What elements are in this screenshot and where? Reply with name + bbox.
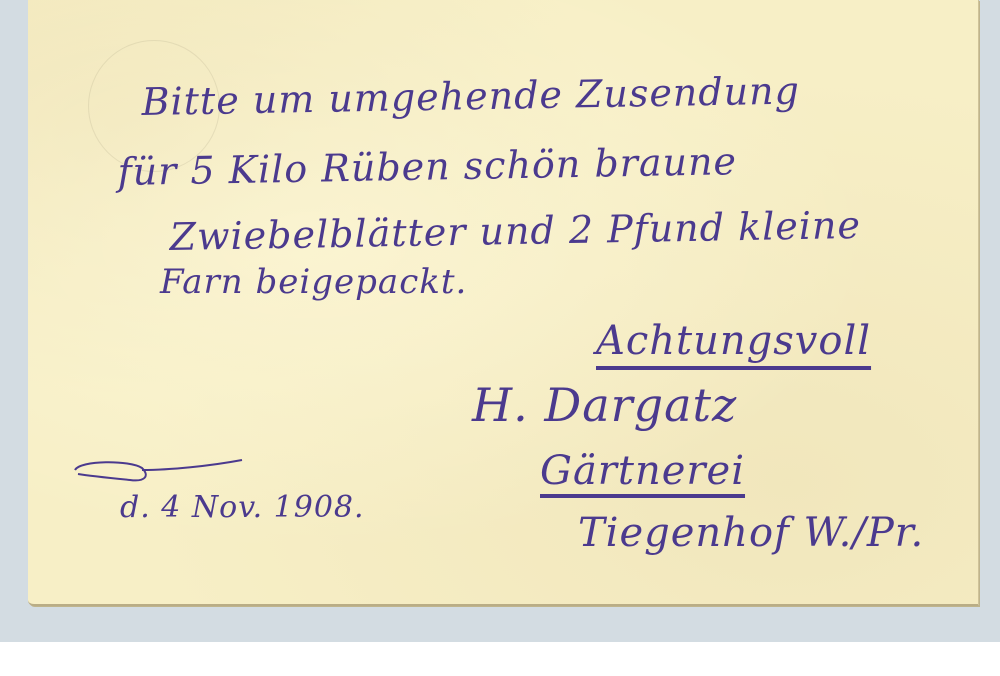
place-name: Tiegenhof W./Pr. <box>578 510 924 556</box>
closing-salutation: Achtungsvoll <box>596 318 871 364</box>
signature: H. Dargatz <box>472 378 737 432</box>
business-name: Gärtnerei <box>540 448 745 494</box>
date: d. 4 Nov. 1908. <box>120 490 365 525</box>
date-flourish-icon <box>70 458 245 488</box>
message-line-4: Farn beigepackt. <box>160 262 467 302</box>
